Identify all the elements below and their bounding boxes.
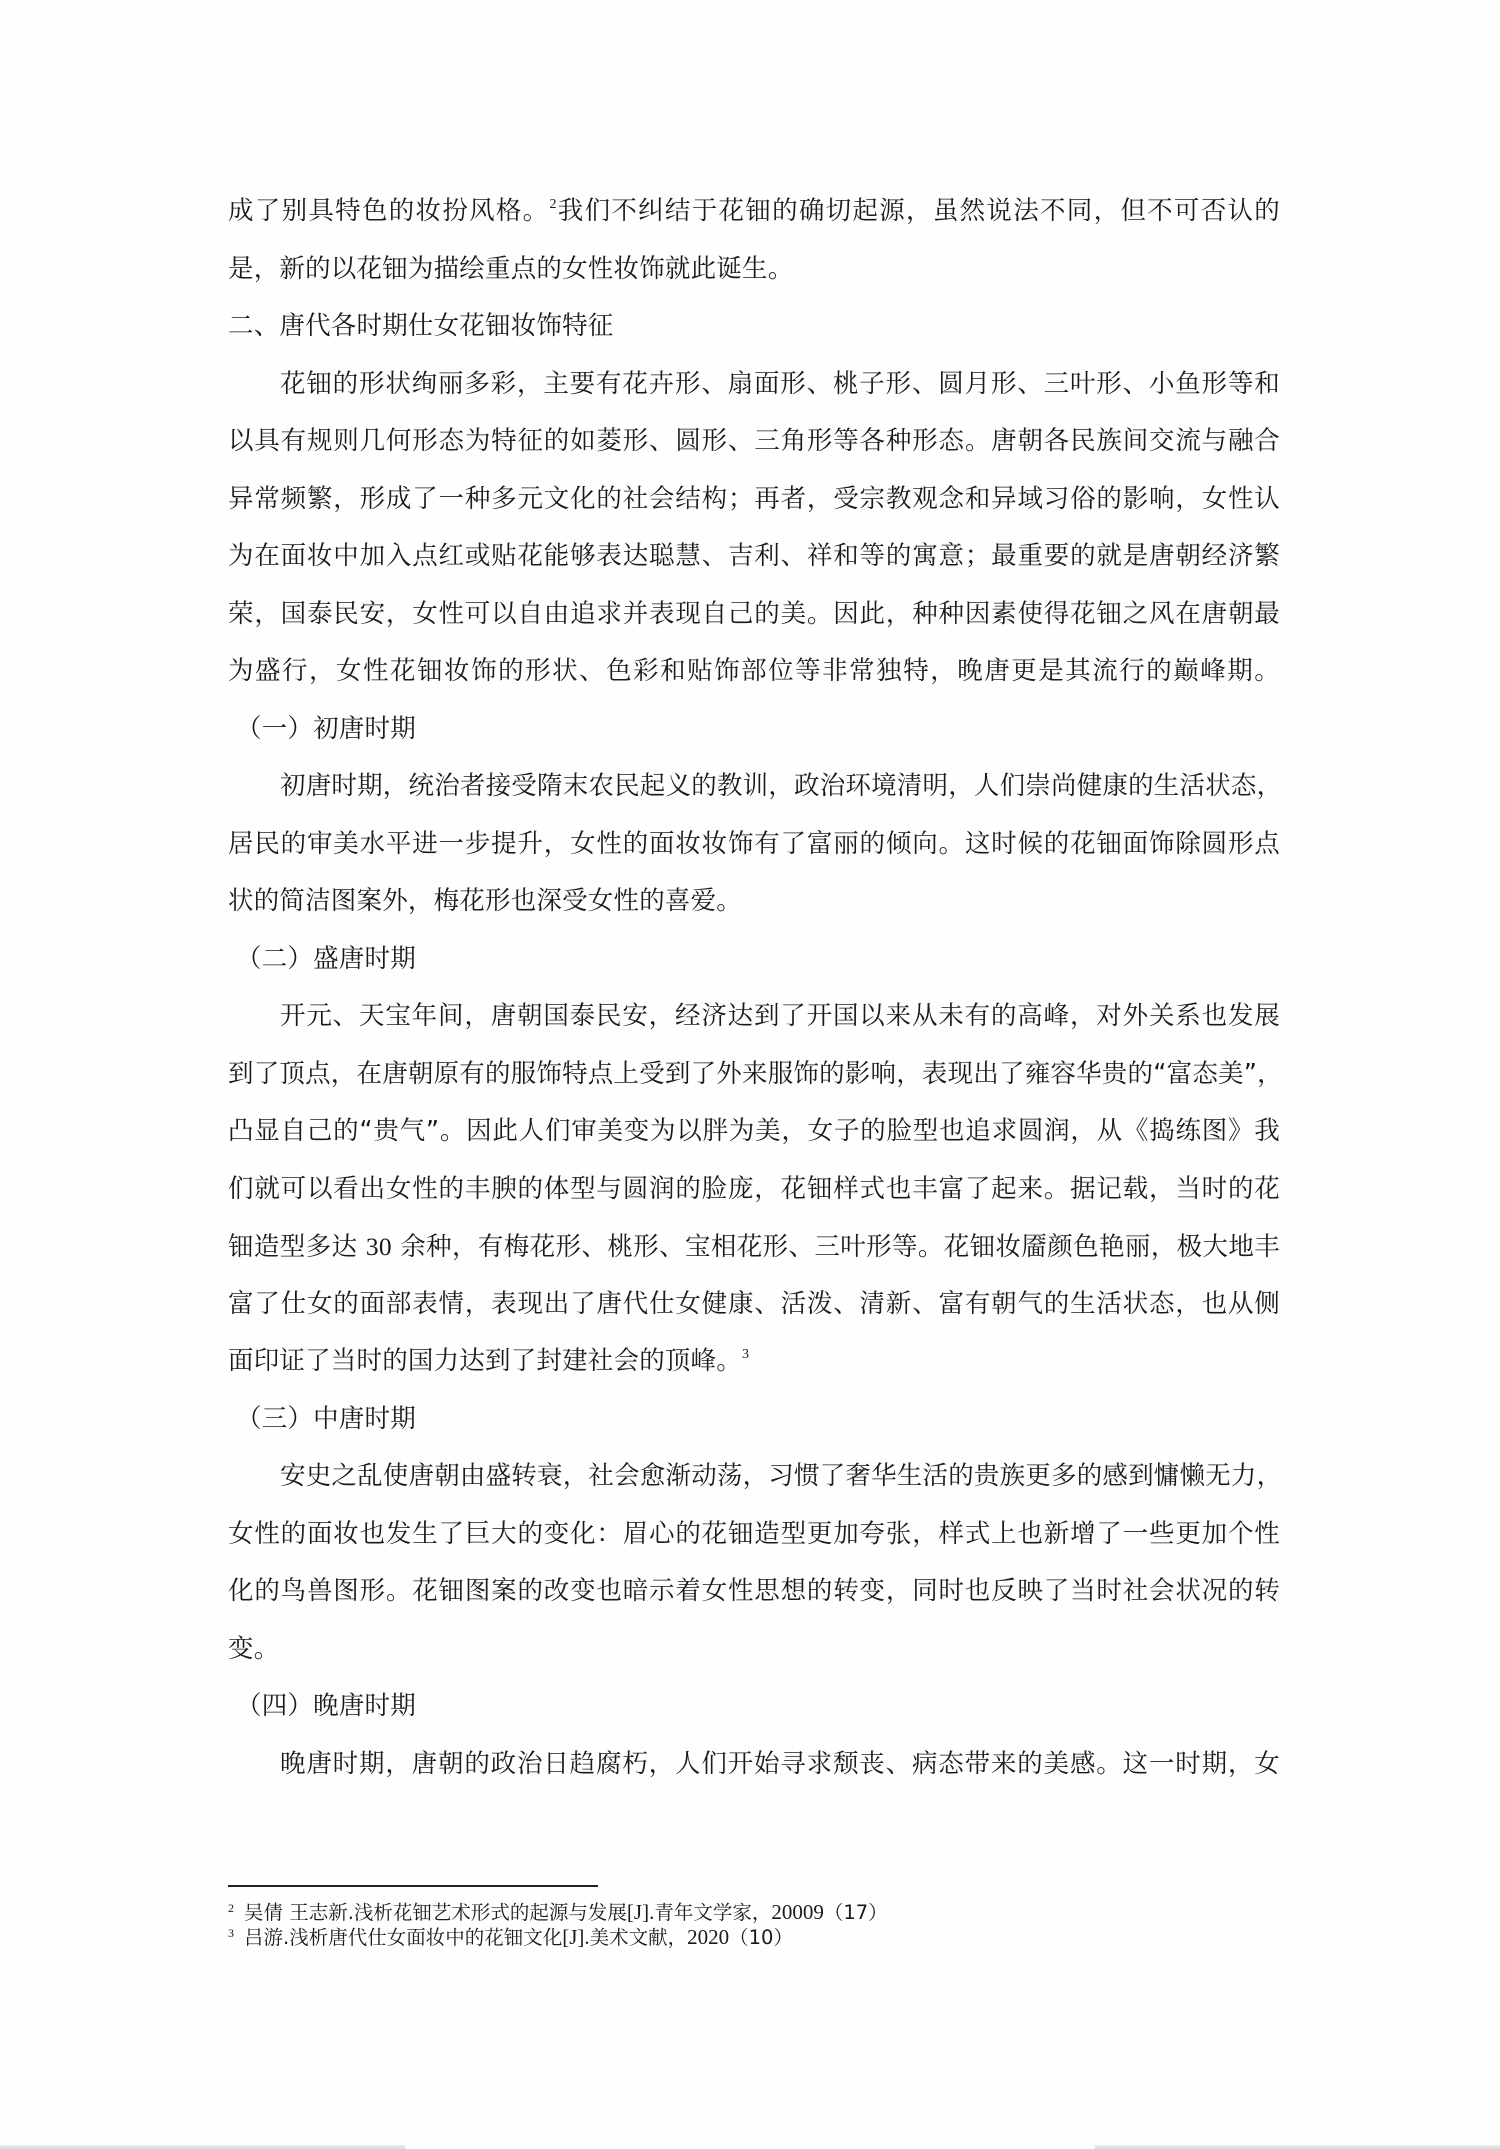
text-line: 钿造型多达 30 余种，有梅花形、桃形、宝相花形、三叶形等。花钿妆靥颜色艳丽，极…	[228, 1218, 1280, 1276]
text-line: 成了别具特色的妆扮风格。2我们不纠结于花钿的确切起源，虽然说法不同，但不可否认的	[228, 183, 1280, 241]
subsection-heading-late-tang: （四）晚唐时期	[228, 1678, 1280, 1736]
text-line: 居民的审美水平进一步提升，女性的面妆妆饰有了富丽的倾向。这时候的花钿面饰除圆形点	[228, 816, 1280, 874]
footnotes: 2吴倩 王志新.浅析花钿艺术形式的起源与发展[J].青年文学家，20009（17…	[228, 1900, 1228, 1950]
page-edge-shadow	[0, 2145, 405, 2149]
text-line: 晚唐时期，唐朝的政治日趋腐朽，人们开始寻求颓丧、病态带来的美感。这一时期，女	[228, 1736, 1280, 1794]
text-line: 初唐时期，统治者接受隋末农民起义的教训，政治环境清明，人们崇尚健康的生活状态，	[228, 758, 1280, 816]
footnote-2: 2吴倩 王志新.浅析花钿艺术形式的起源与发展[J].青年文学家，20009（17…	[228, 1900, 1228, 1925]
footnote-text: 吴倩 王志新.浅析花钿艺术形式的起源与发展	[244, 1901, 627, 1924]
footnote-issue: （17）	[824, 1901, 888, 1924]
footnote-tag: [J].	[627, 1900, 654, 1924]
text-line: 为在面妆中加入点红或贴花能够表达聪慧、吉利、祥和等的寓意；最重要的就是唐朝经济繁	[228, 528, 1280, 586]
footnote-3: 3吕游.浅析唐代仕女面妆中的花钿文化[J].美术文献，2020（10）	[228, 1925, 1228, 1950]
text-line: 化的鸟兽图形。花钿图案的改变也暗示着女性思想的转变，同时也反映了当时社会状况的转	[228, 1563, 1280, 1621]
text-line: 女性的面妆也发生了巨大的变化：眉心的花钿造型更加夸张，样式上也新增了一些更加个性	[228, 1506, 1280, 1564]
footnote-text: 吕游.浅析唐代仕女面妆中的花钿文化	[244, 1926, 562, 1949]
page-edge-shadow	[1095, 2145, 1500, 2149]
footnote-ref[interactable]: 3	[742, 1347, 749, 1362]
subsection-heading-early-tang: （一）初唐时期	[228, 701, 1280, 759]
number: 30	[366, 1232, 392, 1261]
text-line: 们就可以看出女性的丰腴的体型与圆润的脸庞，花钿样式也丰富了起来。据记载，当时的花	[228, 1161, 1280, 1219]
subsection-heading-high-tang: （二）盛唐时期	[228, 931, 1280, 989]
text-line: 为盛行，女性花钿妆饰的形状、色彩和贴饰部位等非常独特，晚唐更是其流行的巅峰期。	[228, 643, 1280, 701]
footnote-year: 2020	[687, 1925, 729, 1949]
section-heading: 二、唐代各时期仕女花钿妆饰特征	[228, 298, 1280, 356]
line-text: 我们不纠结于花钿的确切起源，虽然说法不同，但不可否认的	[557, 196, 1280, 226]
text-line: 以具有规则几何形态为特征的如菱形、圆形、三角形等各种形态。唐朝各民族间交流与融合	[228, 413, 1280, 471]
body-text: 成了别具特色的妆扮风格。2我们不纠结于花钿的确切起源，虽然说法不同，但不可否认的…	[228, 183, 1280, 1793]
footnote-journal: 美术文献，	[590, 1926, 688, 1949]
line-text: 面印证了当时的国力达到了封建社会的顶峰。	[228, 1346, 742, 1376]
text-line: 富了仕女的面部表情，表现出了唐代仕女健康、活泼、清新、富有朝气的生活状态，也从侧	[228, 1276, 1280, 1334]
text-line: 凸显自己的“贵气”。因此人们审美变为以胖为美，女子的脸型也追求圆润，从《捣练图》…	[228, 1103, 1280, 1161]
footnote-mark: 2	[228, 1901, 234, 1915]
text-line: 是，新的以花钿为描绘重点的女性妆饰就此诞生。	[228, 241, 1280, 299]
text-line: 异常频繁，形成了一种多元文化的社会结构；再者，受宗教观念和异域习俗的影响，女性认	[228, 471, 1280, 529]
subsection-heading-mid-tang: （三）中唐时期	[228, 1391, 1280, 1449]
line-text: 成了别具特色的妆扮风格。	[228, 196, 549, 226]
text-line: 开元、天宝年间，唐朝国泰民安，经济达到了开国以来从未有的高峰，对外关系也发展	[228, 988, 1280, 1046]
text-line: 安史之乱使唐朝由盛转衰，社会愈渐动荡，习惯了奢华生活的贵族更多的感到慵懒无力，	[228, 1448, 1280, 1506]
text-line: 状的简洁图案外，梅花形也深受女性的喜爱。	[228, 873, 1280, 931]
text-line: 面印证了当时的国力达到了封建社会的顶峰。3	[228, 1333, 1280, 1391]
footnote-issue: （10）	[729, 1926, 793, 1949]
footnote-journal: 青年文学家，	[654, 1901, 771, 1924]
document-page: 成了别具特色的妆扮风格。2我们不纠结于花钿的确切起源，虽然说法不同，但不可否认的…	[0, 0, 1500, 2149]
footnote-ref[interactable]: 2	[549, 197, 556, 212]
footnote-divider	[228, 1885, 598, 1887]
footnote-tag: [J].	[562, 1925, 589, 1949]
footnote-year: 20009	[771, 1900, 824, 1924]
footnote-mark: 3	[228, 1926, 234, 1940]
line-text: 钿造型多达	[228, 1232, 366, 1262]
text-line: 变。	[228, 1621, 1280, 1679]
text-line: 到了顶点，在唐朝原有的服饰特点上受到了外来服饰的影响，表现出了雍容华贵的“富态美…	[228, 1046, 1280, 1104]
text-line: 花钿的形状绚丽多彩，主要有花卉形、扇面形、桃子形、圆月形、三叶形、小鱼形等和	[228, 356, 1280, 414]
line-text: 余种，有梅花形、桃形、宝相花形、三叶形等。花钿妆靥颜色艳丽，极大地丰	[392, 1232, 1280, 1262]
text-line: 荣，国泰民安，女性可以自由追求并表现自己的美。因此，种种因素使得花钿之风在唐朝最	[228, 586, 1280, 644]
